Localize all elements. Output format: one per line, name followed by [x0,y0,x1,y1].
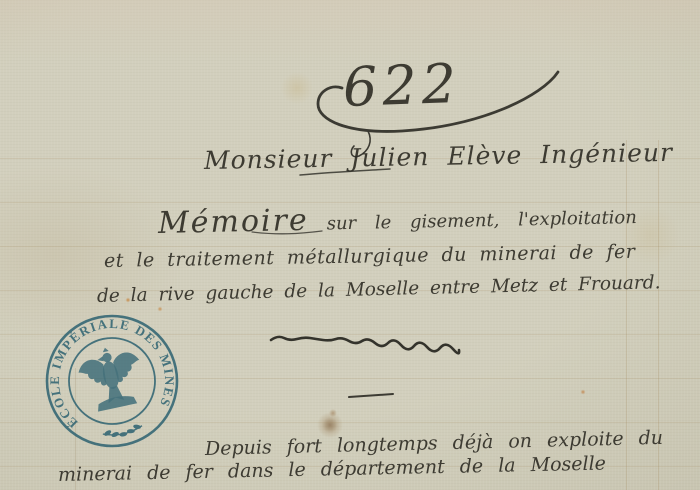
imperial-stamp: ÉCOLE IMPÉRIALE DES MINES [35,304,190,458]
memoire-heading: Mémoire [158,203,309,241]
laurel-branch-icon [102,423,143,440]
recipient-name: Julien [350,142,430,172]
stamp-text: ÉCOLE IMPÉRIALE DES MINES [35,304,185,434]
body-paragraph-line-2: minerai de fer dans le département de la… [58,453,606,486]
recipient-title: Elève Ingénieur [447,138,673,171]
title-line-2: et le traitement métallurgique du minera… [104,241,636,272]
section-dash [349,394,393,397]
document-number: 622 [342,52,462,119]
stamp-inner-ring [61,330,163,432]
imperial-eagle-icon [75,341,148,414]
svg-text:ÉCOLE IMPÉRIALE DES MINES: ÉCOLE IMPÉRIALE DES MINES [35,304,185,434]
recipient-line: Monsieur Julien Elève Ingénieur [204,138,673,175]
recipient-prefix: Monsieur [204,144,333,175]
squiggle-divider-icon [271,337,459,353]
document-photo: 622 Monsieur Julien Elève Ingénieur Mémo… [0,0,700,490]
title-line-1-rest: sur le gisement, l'exploitation [326,207,637,234]
title-line-3: de la rive gauche de la Moselle entre Me… [97,272,661,307]
stamp-outer-ring [35,304,189,458]
title-line-1: Mémoiresur le gisement, l'exploitation [158,196,638,241]
